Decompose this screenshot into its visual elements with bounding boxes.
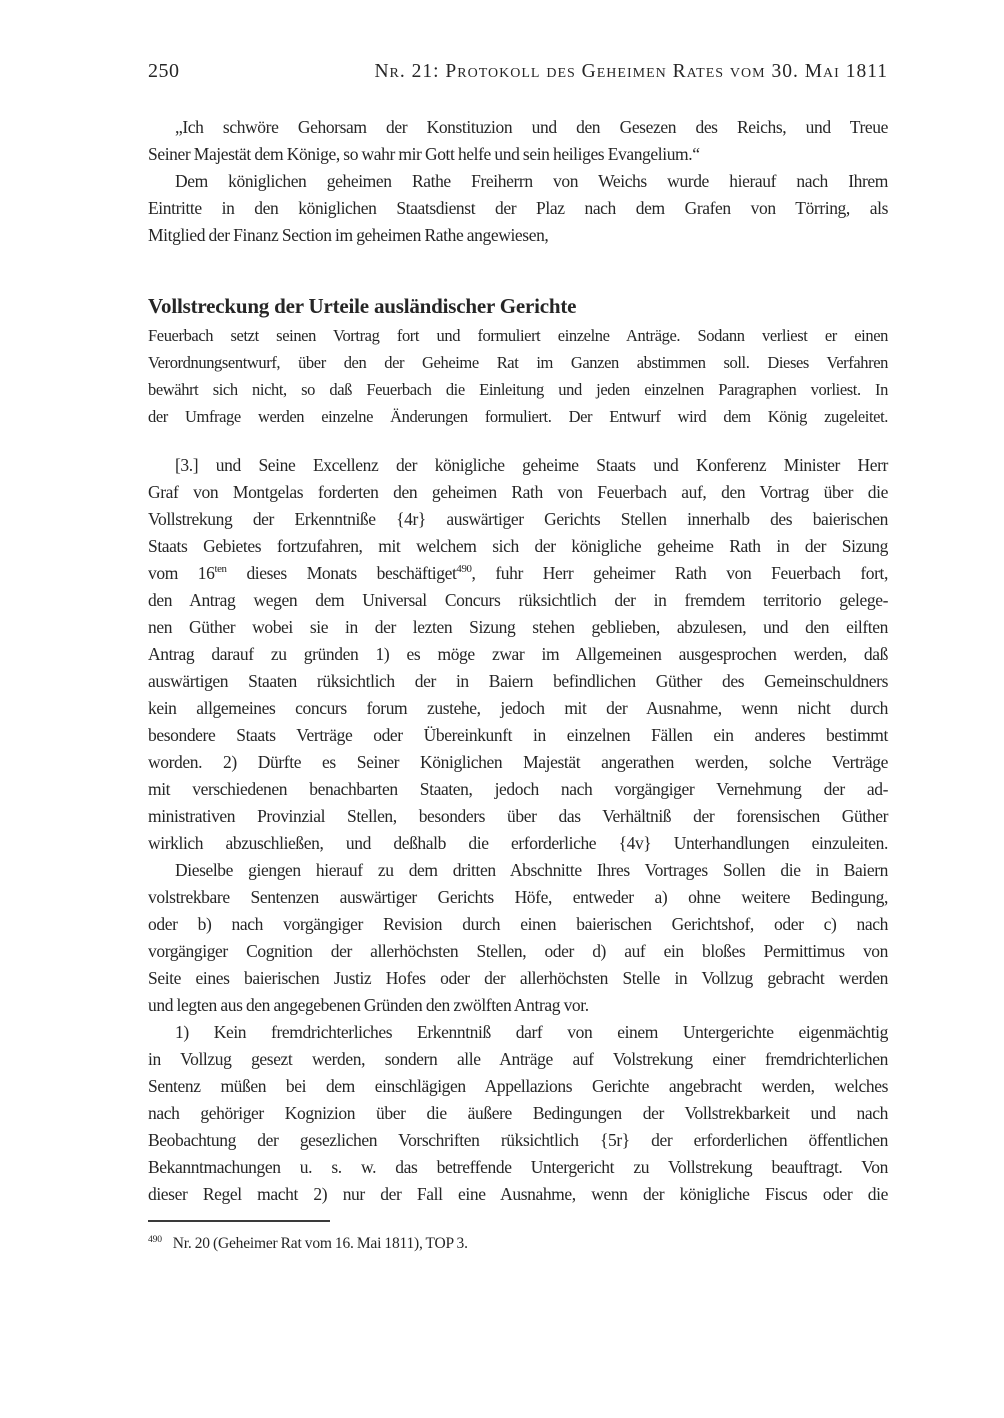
- footnote-rule: [148, 1220, 330, 1222]
- text-line: Mitglied der Finanz Section im geheimen …: [148, 222, 888, 249]
- text-line: Vollstrekung der Erkenntniße {4r} auswär…: [148, 506, 888, 533]
- text-line: volstrekbare Sentenzen auswärtiger Geric…: [148, 884, 888, 911]
- text-line: Verordnungsentwurf, über den der Geheime…: [148, 349, 888, 376]
- footnote-490: 490Nr. 20 (Geheimer Rat vom 16. Mai 1811…: [148, 1232, 888, 1256]
- text-line: Dem königlichen geheimen Rathe Freiherrn…: [148, 168, 888, 195]
- superscript: 490: [456, 563, 471, 575]
- text-line: [3.] und Seine Excellenz der königliche …: [148, 452, 888, 479]
- kein-erkenntnis-paragraph: 1) Kein fremdrichterliches Erkenntniß da…: [148, 1019, 888, 1208]
- dritter-abschnitt-paragraph: Dieselbe giengen hierauf zu dem dritten …: [148, 857, 888, 1019]
- montgelas-feuerbach-paragraph: [3.] und Seine Excellenz der königliche …: [148, 452, 888, 857]
- page-number: 250: [148, 60, 180, 83]
- text-line: ministrativen Provinzial Stellen, besond…: [148, 803, 888, 830]
- text-line: dieser Regel macht 2) nur der Fall eine …: [148, 1181, 888, 1208]
- text-line: auswärtigen Staaten rüksichtlich der in …: [148, 668, 888, 695]
- text-line: Staats Gebietes fortzufahren, mit welche…: [148, 533, 888, 560]
- text-line: mit verschiedenen benachbarten Staaten, …: [148, 776, 888, 803]
- text-line: der Umfrage werden einzelne Änderungen f…: [148, 403, 888, 430]
- text-line: „Ich schwöre Gehorsam der Konstituzion u…: [148, 114, 888, 141]
- text-line: 1) Kein fremdrichterliches Erkenntniß da…: [148, 1019, 888, 1046]
- text-line: vorgängiger Cognition der allerhöchsten …: [148, 938, 888, 965]
- section-heading: Vollstreckung der Urteile ausländischer …: [148, 293, 888, 319]
- text-line: nach gehöriger Kognizion über die äußere…: [148, 1100, 888, 1127]
- text-line: vom 16ten dieses Monats beschäftiget490,…: [148, 560, 888, 587]
- footnote-area: 490Nr. 20 (Geheimer Rat vom 16. Mai 1811…: [148, 1220, 888, 1256]
- text-line: Eintritte in den königlichen Staatsdiens…: [148, 195, 888, 222]
- text-line: und legten aus den angegebenen Gründen d…: [148, 992, 888, 1019]
- text-line: Seiner Majestät dem Könige, so wahr mir …: [148, 141, 888, 168]
- text-line: worden. 2) Dürfte es Seiner Königlichen …: [148, 749, 888, 776]
- text-line: Bekanntmachungen u. s. w. das betreffend…: [148, 1154, 888, 1181]
- text-line: kein allgemeines concurs forum zustehe, …: [148, 695, 888, 722]
- text-line: nen Güther wobei sie in der lezten Sizun…: [148, 614, 888, 641]
- text-line: Seite eines baierischen Justiz Hofes ode…: [148, 965, 888, 992]
- text-line: bewährt sich nicht, so daß Feuerbach die…: [148, 376, 888, 403]
- text-line: Beobachtung der gesezlichen Vorschriften…: [148, 1127, 888, 1154]
- text-line: Antrag darauf zu gründen 1) es möge zwar…: [148, 641, 888, 668]
- text-line: Dieselbe giengen hierauf zu dem dritten …: [148, 857, 888, 884]
- book-page: 250 Nr. 21: Protokoll des Geheimen Rates…: [0, 0, 1004, 1418]
- oath-quote-paragraph: „Ich schwöre Gehorsam der Konstituzion u…: [148, 114, 888, 168]
- superscript: 490: [148, 1234, 162, 1245]
- text-line: Feuerbach setzt seinen Vortrag fort und …: [148, 322, 888, 349]
- text-line: Sentenz müßen bei dem einschlägigen Appe…: [148, 1073, 888, 1100]
- page-header: 250 Nr. 21: Protokoll des Geheimen Rates…: [148, 60, 888, 83]
- text-line: oder b) nach vorgängiger Revision durch …: [148, 911, 888, 938]
- text-line: in Vollzug gesezt werden, sondern alle A…: [148, 1046, 888, 1073]
- text-line: wirklich abzuschließen, und deßhalb die …: [148, 830, 888, 857]
- text-line: besondere Staats Verträge oder Übereinku…: [148, 722, 888, 749]
- running-title: Nr. 21: Protokoll des Geheimen Rates vom…: [374, 61, 888, 83]
- text-block: „Ich schwöre Gehorsam der Konstituzion u…: [148, 114, 888, 1256]
- text-line: 490Nr. 20 (Geheimer Rat vom 16. Mai 1811…: [148, 1232, 888, 1256]
- weichs-appointment-paragraph: Dem königlichen geheimen Rathe Freiherrn…: [148, 168, 888, 249]
- text-line: Graf von Montgelas forderten den geheime…: [148, 479, 888, 506]
- editorial-summary-paragraph: Feuerbach setzt seinen Vortrag fort und …: [148, 322, 888, 430]
- text-line: den Antrag wegen dem Universal Concurs r…: [148, 587, 888, 614]
- superscript: ten: [215, 563, 227, 575]
